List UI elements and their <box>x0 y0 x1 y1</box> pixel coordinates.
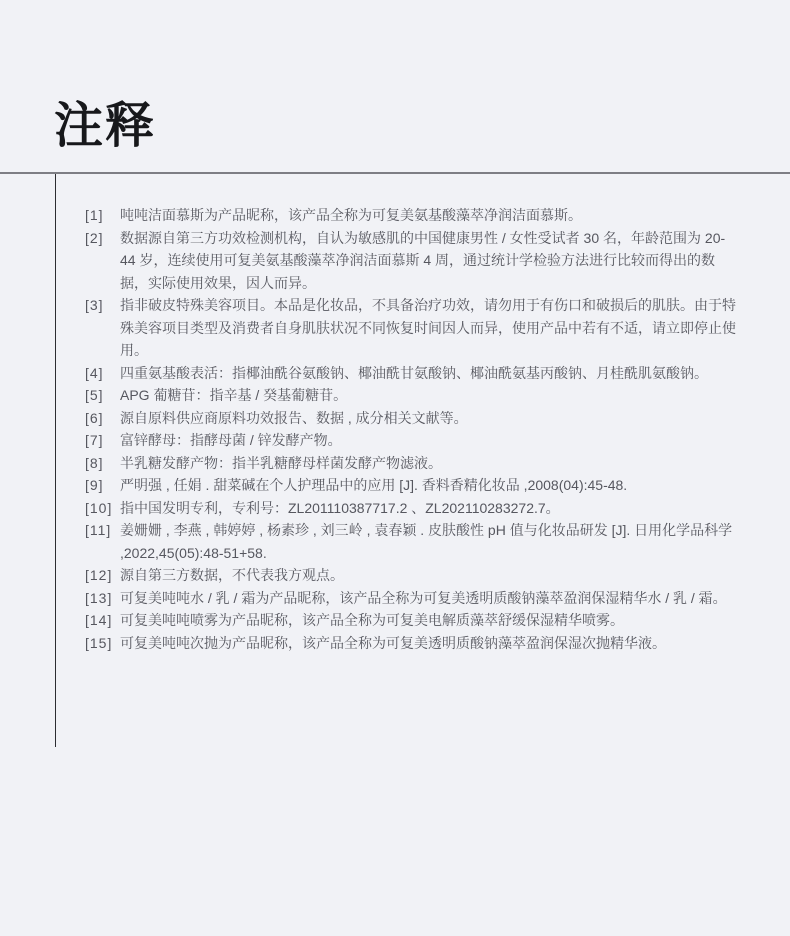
note-label: [8] <box>85 452 120 475</box>
note-label: [7] <box>85 429 120 452</box>
note-label: [11] <box>85 519 120 542</box>
note-text: 姜姗姗 , 李燕 , 韩婷婷 , 杨素珍 , 刘三岭 , 袁春颖 . 皮肤酸性 … <box>120 519 740 564</box>
note-text: 可复美吨吨次抛为产品昵称，该产品全称为可复美透明质酸钠藻萃盈润保湿次抛精华液。 <box>120 632 740 655</box>
note-label: [15] <box>85 632 120 655</box>
note-text: 指非破皮特殊美容项目。本品是化妆品，不具备治疗功效，请勿用于有伤口和破损后的肌肤… <box>120 294 740 362</box>
note-text: 数据源自第三方功效检测机构，自认为敏感肌的中国健康男性 / 女性受试者 30 名… <box>120 227 740 295</box>
note-item: [6] 源自原料供应商原料功效报告、数据 , 成分相关文献等。 <box>85 407 740 430</box>
note-text: APG 葡糖苷：指辛基 / 癸基葡糖苷。 <box>120 384 740 407</box>
note-text: 吨吨洁面慕斯为产品昵称，该产品全称为可复美氨基酸藻萃净润洁面慕斯。 <box>120 204 740 227</box>
note-label: [3] <box>85 294 120 317</box>
note-label: [2] <box>85 227 120 250</box>
note-item: [12] 源自第三方数据，不代表我方观点。 <box>85 564 740 587</box>
note-item: [15] 可复美吨吨次抛为产品昵称，该产品全称为可复美透明质酸钠藻萃盈润保湿次抛… <box>85 632 740 655</box>
vertical-divider <box>55 174 56 747</box>
note-text: 源自第三方数据，不代表我方观点。 <box>120 564 740 587</box>
note-item: [5] APG 葡糖苷：指辛基 / 癸基葡糖苷。 <box>85 384 740 407</box>
note-item: [4] 四重氨基酸表活：指椰油酰谷氨酸钠、椰油酰甘氨酸钠、椰油酰氨基丙酸钠、月桂… <box>85 362 740 385</box>
note-label: [14] <box>85 609 120 632</box>
note-label: [13] <box>85 587 120 610</box>
note-label: [4] <box>85 362 120 385</box>
note-item: [3] 指非破皮特殊美容项目。本品是化妆品，不具备治疗功效，请勿用于有伤口和破损… <box>85 294 740 362</box>
page: { "page": { "title": "注释", "colors": { "… <box>0 0 790 936</box>
note-label: [10] <box>85 497 120 520</box>
note-item: [9] 严明强 , 任娟 . 甜菜碱在个人护理品中的应用 [J]. 香料香精化妆… <box>85 474 740 497</box>
note-text: 可复美吨吨水 / 乳 / 霜为产品昵称，该产品全称为可复美透明质酸钠藻萃盈润保湿… <box>120 587 740 610</box>
note-text: 指中国发明专利，专利号：ZL201110387717.2 、ZL20211028… <box>120 497 740 520</box>
note-item: [10] 指中国发明专利，专利号：ZL201110387717.2 、ZL202… <box>85 497 740 520</box>
note-item: [2] 数据源自第三方功效检测机构，自认为敏感肌的中国健康男性 / 女性受试者 … <box>85 227 740 295</box>
note-label: [9] <box>85 474 120 497</box>
note-text: 可复美吨吨喷雾为产品昵称，该产品全称为可复美电解质藻萃舒缓保湿精华喷雾。 <box>120 609 740 632</box>
note-text: 富锌酵母：指酵母菌 / 锌发酵产物。 <box>120 429 740 452</box>
note-item: [1] 吨吨洁面慕斯为产品昵称，该产品全称为可复美氨基酸藻萃净润洁面慕斯。 <box>85 204 740 227</box>
note-label: [5] <box>85 384 120 407</box>
notes-list: [1] 吨吨洁面慕斯为产品昵称，该产品全称为可复美氨基酸藻萃净润洁面慕斯。 [2… <box>85 204 740 654</box>
note-label: [1] <box>85 204 120 227</box>
note-item: [13] 可复美吨吨水 / 乳 / 霜为产品昵称，该产品全称为可复美透明质酸钠藻… <box>85 587 740 610</box>
note-label: [6] <box>85 407 120 430</box>
note-text: 源自原料供应商原料功效报告、数据 , 成分相关文献等。 <box>120 407 740 430</box>
page-title: 注释 <box>54 97 156 156</box>
note-item: [14] 可复美吨吨喷雾为产品昵称，该产品全称为可复美电解质藻萃舒缓保湿精华喷雾… <box>85 609 740 632</box>
note-label: [12] <box>85 564 120 587</box>
note-text: 四重氨基酸表活：指椰油酰谷氨酸钠、椰油酰甘氨酸钠、椰油酰氨基丙酸钠、月桂酰肌氨酸… <box>120 362 740 385</box>
horizontal-divider <box>0 172 790 174</box>
note-item: [8] 半乳糖发酵产物：指半乳糖酵母样菌发酵产物滤液。 <box>85 452 740 475</box>
note-item: [7] 富锌酵母：指酵母菌 / 锌发酵产物。 <box>85 429 740 452</box>
note-text: 半乳糖发酵产物：指半乳糖酵母样菌发酵产物滤液。 <box>120 452 740 475</box>
note-item: [11] 姜姗姗 , 李燕 , 韩婷婷 , 杨素珍 , 刘三岭 , 袁春颖 . … <box>85 519 740 564</box>
note-text: 严明强 , 任娟 . 甜菜碱在个人护理品中的应用 [J]. 香料香精化妆品 ,2… <box>120 474 740 497</box>
